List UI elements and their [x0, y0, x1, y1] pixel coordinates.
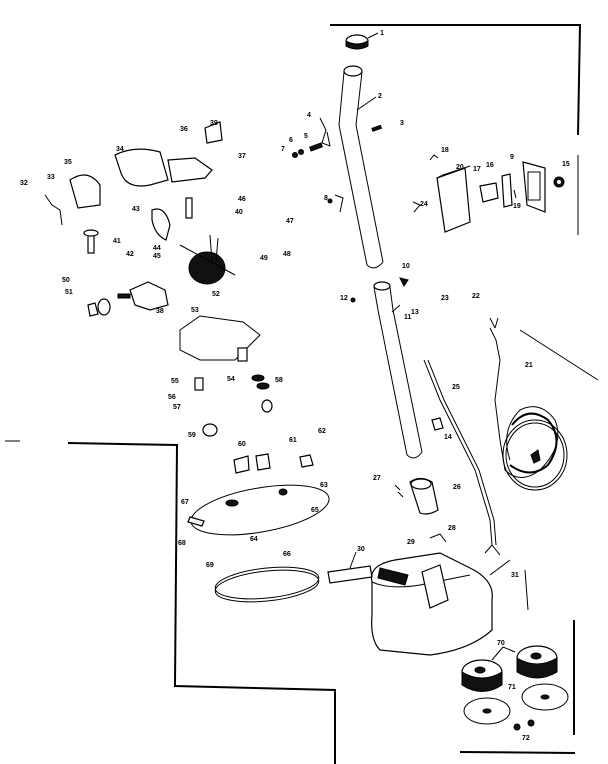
- motor-group: [45, 122, 313, 473]
- part-label-40: 40: [235, 209, 243, 216]
- part-label-63: 63: [320, 482, 328, 489]
- part-label-5: 5: [304, 133, 308, 140]
- base-plate-and-belt: [187, 476, 333, 606]
- part-label-56: 56: [168, 394, 176, 401]
- part-label-48: 48: [283, 251, 291, 258]
- part-label-28: 28: [448, 525, 456, 532]
- part-label-69: 69: [206, 562, 214, 569]
- part-label-44: 44: [153, 245, 161, 252]
- part-label-14: 14: [444, 434, 452, 441]
- part-label-24: 24: [420, 201, 428, 208]
- part-label-53: 53: [191, 307, 199, 314]
- part-label-37: 37: [238, 153, 246, 160]
- part-label-36: 36: [180, 126, 188, 133]
- part-label-45: 45: [153, 253, 161, 260]
- part-label-23: 23: [441, 295, 449, 302]
- part-label-59: 59: [188, 432, 196, 439]
- part-label-67: 67: [181, 499, 189, 506]
- part-label-50: 50: [62, 277, 70, 284]
- part-labels: 1234567891011121314151617181920212223242…: [20, 30, 570, 742]
- part-label-34: 34: [116, 146, 124, 153]
- part-label-20: 20: [456, 164, 464, 171]
- part-label-7: 7: [281, 146, 285, 153]
- part-label-6: 6: [289, 137, 293, 144]
- bracket-parts: [395, 418, 446, 542]
- part-label-49: 49: [260, 255, 268, 262]
- part-2-upper-tube: [339, 66, 383, 268]
- part-label-29: 29: [407, 539, 415, 546]
- part-21-power-cord: [490, 318, 567, 490]
- part-label-32: 32: [20, 180, 28, 187]
- part-label-38: 38: [156, 308, 164, 315]
- part-label-3: 3: [400, 120, 404, 127]
- part-label-68: 68: [178, 540, 186, 547]
- part-label-19: 19: [513, 203, 521, 210]
- diagram-canvas: 1234567891011121314151617181920212223242…: [0, 0, 608, 764]
- part-label-26: 26: [453, 484, 461, 491]
- border-lines: [5, 25, 598, 764]
- part-25-internal-cord: [424, 360, 500, 555]
- part-label-2: 2: [378, 93, 382, 100]
- part-label-17: 17: [473, 166, 481, 173]
- part-label-62: 62: [318, 428, 326, 435]
- part-label-12: 12: [340, 295, 348, 302]
- part-30-nameplate: [328, 552, 372, 583]
- part-label-30: 30: [357, 546, 365, 553]
- part-label-43: 43: [132, 206, 140, 213]
- part-label-25: 25: [452, 384, 460, 391]
- part-label-22: 22: [472, 293, 480, 300]
- part-label-64: 64: [250, 536, 258, 543]
- part-label-46: 46: [238, 196, 246, 203]
- part-label-51: 51: [65, 289, 73, 296]
- part-label-55: 55: [171, 378, 179, 385]
- part-label-18: 18: [441, 147, 449, 154]
- part-label-60: 60: [238, 441, 246, 448]
- part-label-10: 10: [402, 263, 410, 270]
- part-label-15: 15: [562, 161, 570, 168]
- part-label-66: 66: [283, 551, 291, 558]
- part-1-handle-cap: [346, 33, 378, 49]
- part-label-47: 47: [286, 218, 294, 225]
- part-label-39: 39: [210, 120, 218, 127]
- part-label-27: 27: [373, 475, 381, 482]
- part-label-9: 9: [510, 154, 514, 161]
- handle-hardware: [293, 118, 409, 302]
- part-label-52: 52: [212, 291, 220, 298]
- part-label-42: 42: [126, 251, 134, 258]
- part-label-13: 13: [411, 309, 419, 316]
- part-label-70: 70: [497, 640, 505, 647]
- part-label-41: 41: [113, 238, 121, 245]
- part-label-4: 4: [307, 112, 311, 119]
- part-label-21: 21: [525, 362, 533, 369]
- part-label-8: 8: [324, 195, 328, 202]
- part-label-1: 1: [380, 30, 384, 37]
- part-label-71: 71: [508, 684, 516, 691]
- part-label-31: 31: [511, 572, 519, 579]
- part-label-35: 35: [64, 159, 72, 166]
- part-label-16: 16: [486, 162, 494, 169]
- parts-diagram: 1234567891011121314151617181920212223242…: [0, 0, 608, 764]
- part-label-54: 54: [227, 376, 235, 383]
- part-label-33: 33: [47, 174, 55, 181]
- part-label-61: 61: [289, 437, 297, 444]
- part-label-57: 57: [173, 404, 181, 411]
- part-label-65: 65: [311, 507, 319, 514]
- part-label-72: 72: [522, 735, 530, 742]
- part-label-58: 58: [275, 377, 283, 384]
